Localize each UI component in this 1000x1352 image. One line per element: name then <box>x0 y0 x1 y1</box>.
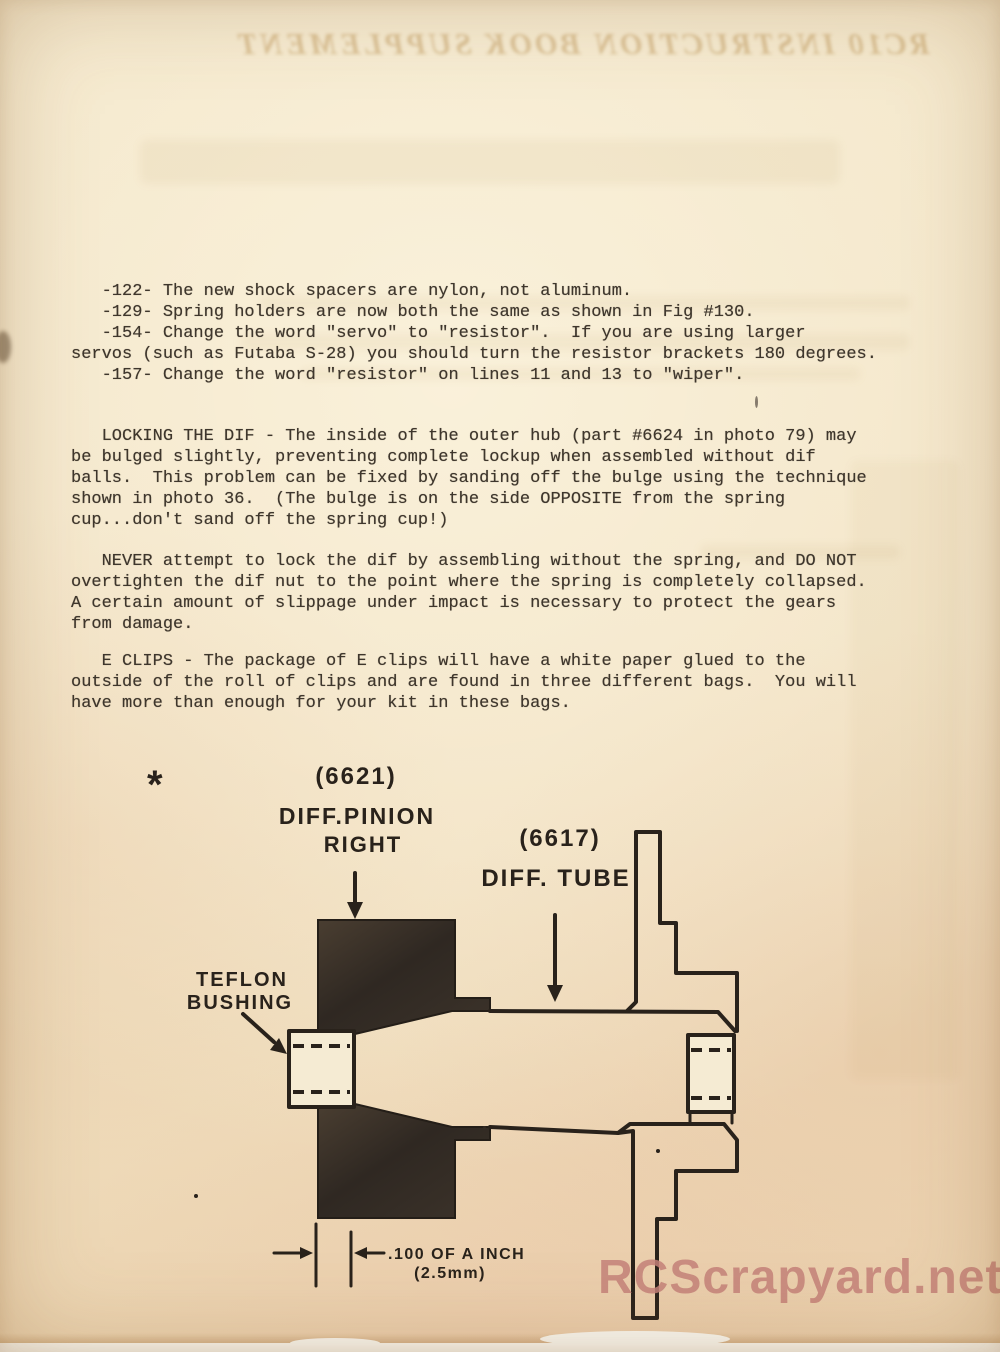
tube-label: DIFF. TUBE <box>481 865 630 892</box>
page-torn-edge-bump <box>290 1338 380 1348</box>
ink-speck <box>656 1149 660 1153</box>
watermark: RCScrapyard.net <box>598 1250 1000 1305</box>
ink-speck <box>483 1126 486 1129</box>
page-edge-mark <box>0 331 11 363</box>
diagram-asterisk: * <box>147 763 163 807</box>
never-warning-paragraph: NEVER attempt to lock the dif by assembl… <box>71 551 931 635</box>
dimension-text-mm: (2.5mm) <box>414 1265 486 1282</box>
scanned-page: RC10 INSTRUCTION BOOK SUPPLEMENT -122- T… <box>0 0 1000 1352</box>
page-torn-edge-bump <box>540 1331 730 1347</box>
pinion-label-line2: RIGHT <box>324 832 402 857</box>
e-clips-paragraph: E CLIPS - The package of E clips will ha… <box>71 651 931 714</box>
bushing-label-line1: TEFLON <box>196 969 288 991</box>
tube-part-number: (6617) <box>519 825 600 852</box>
paper-stain <box>140 140 840 184</box>
updates-list: -122- The new shock spacers are nylon, n… <box>71 281 931 386</box>
teflon-bushing-right <box>688 1035 734 1112</box>
pinion-pointer-arrow <box>347 873 363 919</box>
dimension-callout: .100 OF A INCH (2.5mm) <box>274 1224 525 1286</box>
page-torn-edge <box>0 1343 1000 1352</box>
tube-pointer-arrow <box>547 915 563 1002</box>
bushing-label-line2: BUSHING <box>187 992 293 1014</box>
ink-speck <box>194 1194 198 1198</box>
bleedthrough-title: RC10 INSTRUCTION BOOK SUPPLEMENT <box>250 26 930 62</box>
pinion-part-number: (6621) <box>315 763 396 790</box>
pinion-label-line1: DIFF.PINION <box>279 803 435 829</box>
teflon-bushing-left <box>289 1031 354 1107</box>
bushing-pointer-arrow <box>243 1014 287 1054</box>
dimension-text-inches: .100 OF A INCH <box>388 1246 525 1263</box>
ink-speck <box>755 396 758 408</box>
locking-dif-paragraph: LOCKING THE DIF - The inside of the oute… <box>71 426 931 531</box>
